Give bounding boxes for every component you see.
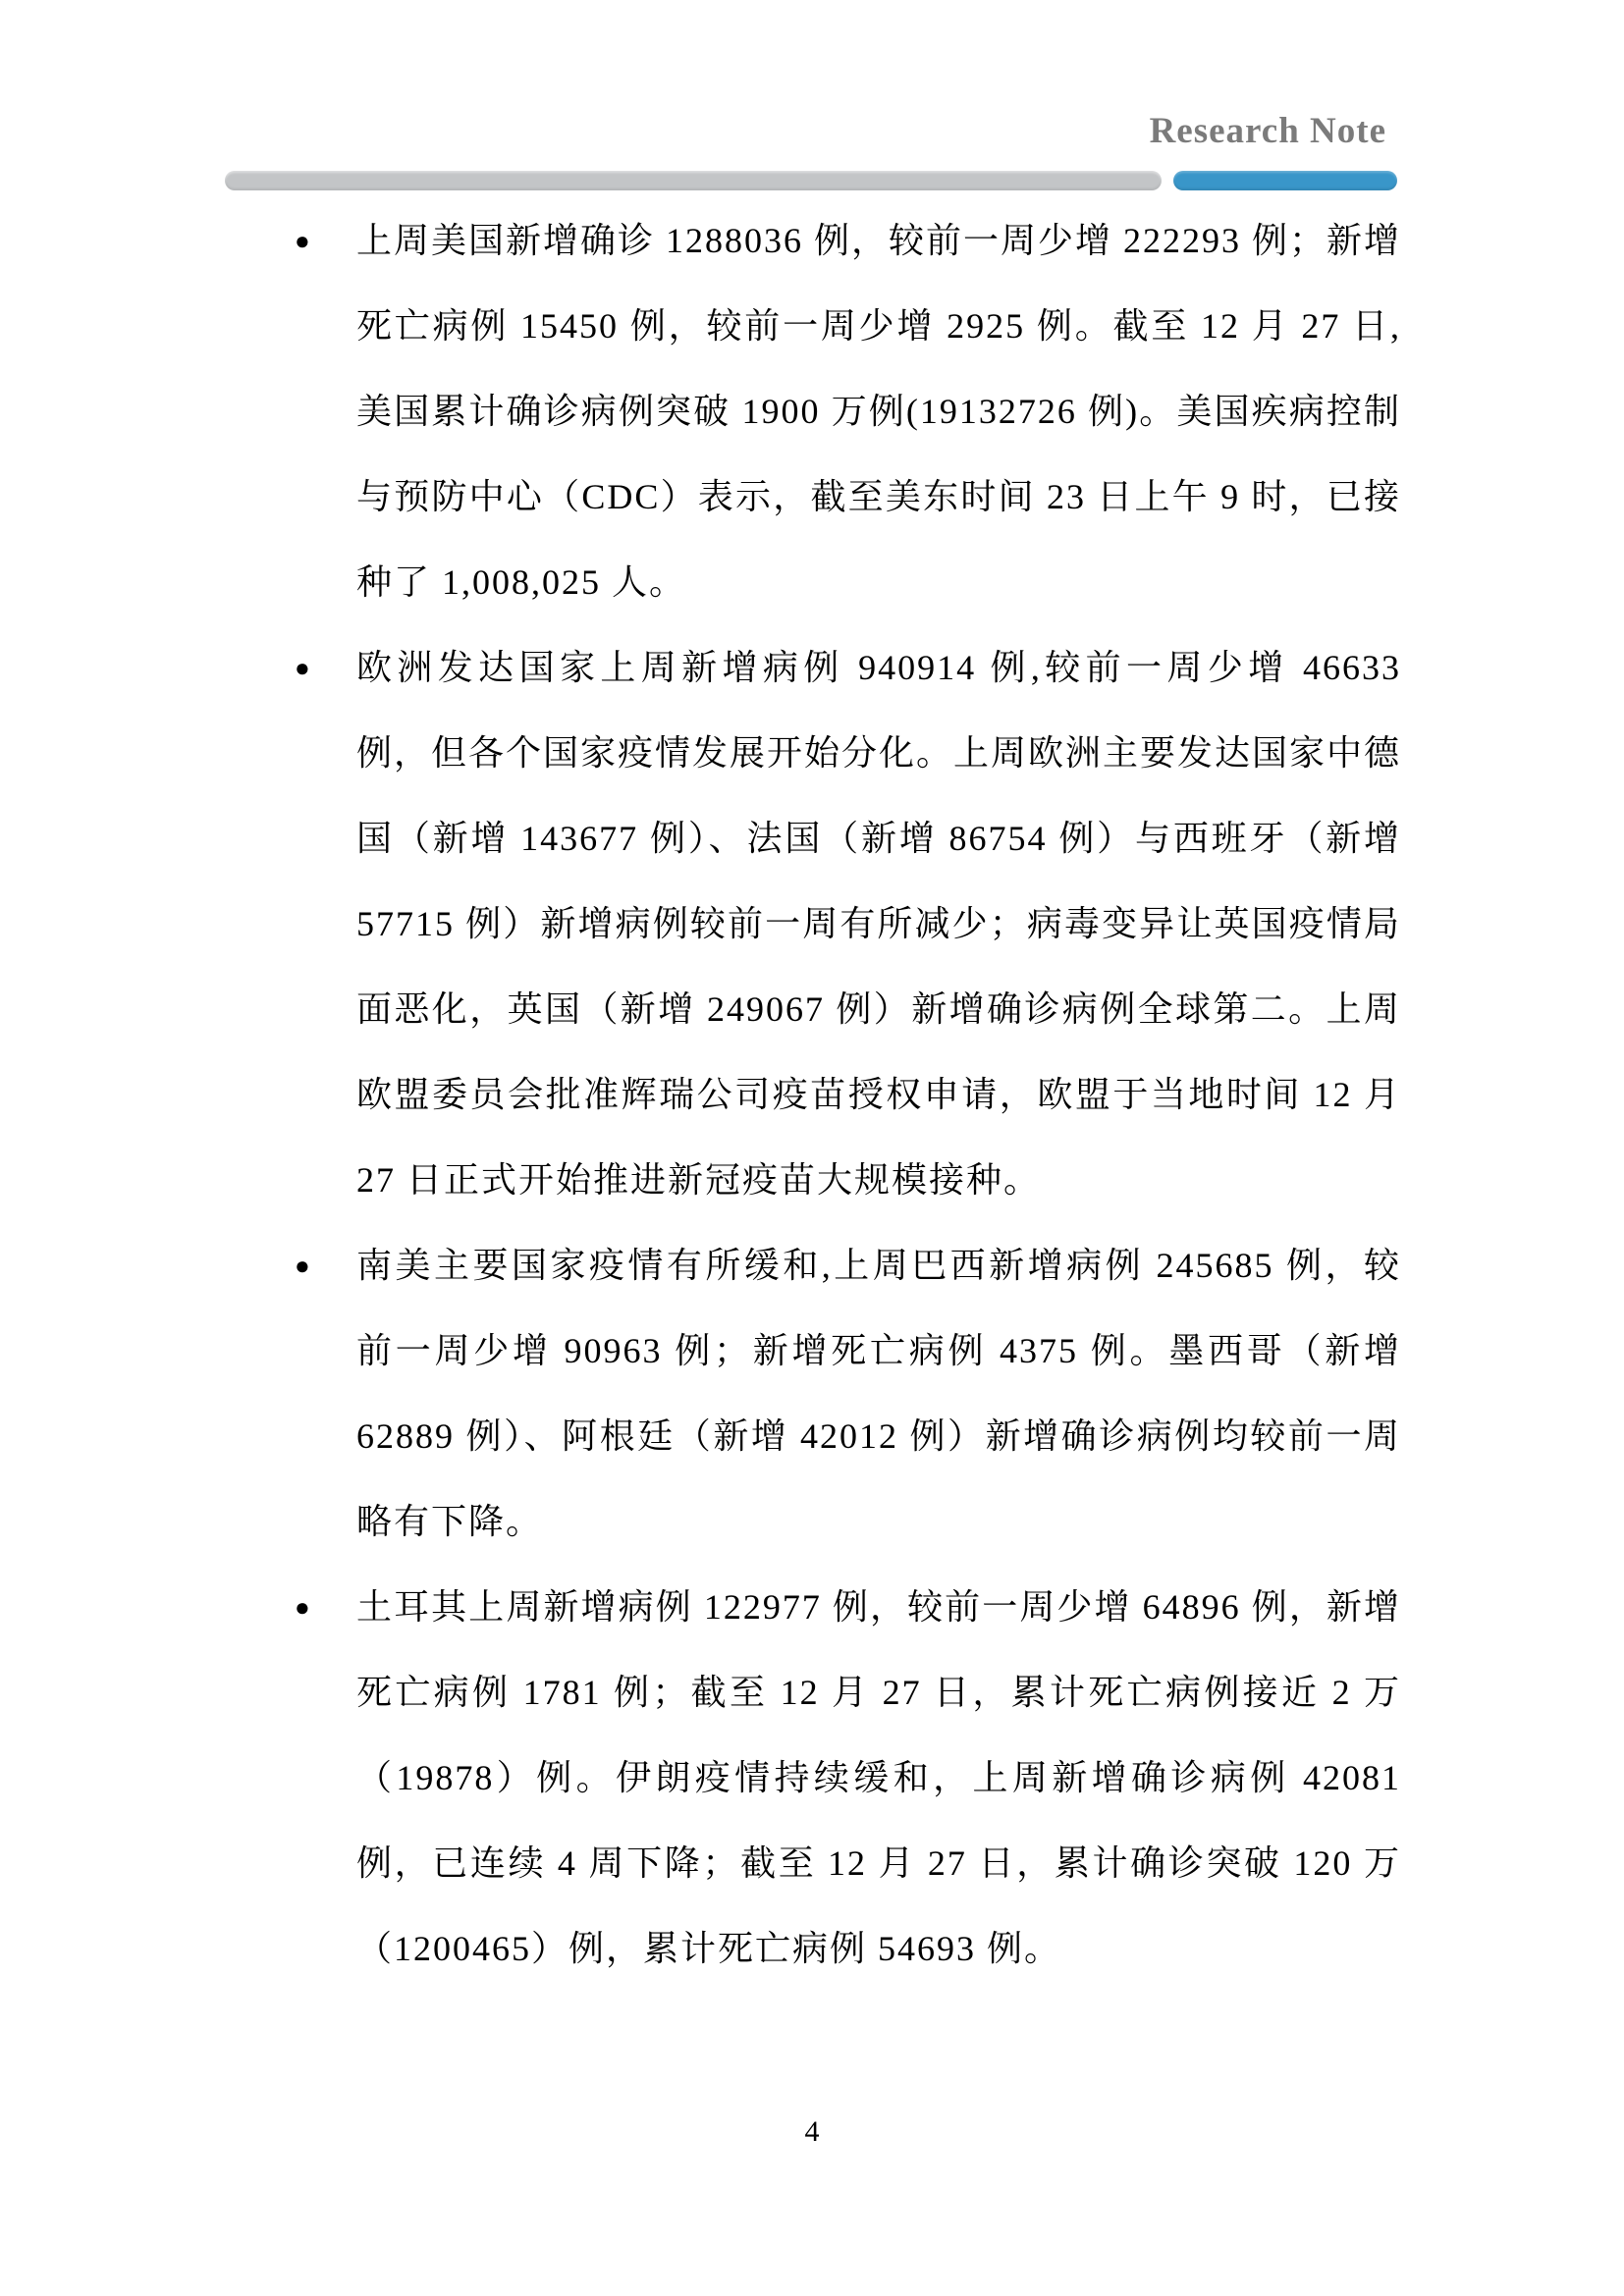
list-item: ● 上周美国新增确诊 1288036 例，较前一周少增 222293 例；新增死… <box>356 198 1401 625</box>
page-header-title: Research Note <box>1150 112 1386 152</box>
bullet-icon: ● <box>295 625 334 711</box>
header-rule-gray <box>225 171 1162 190</box>
document-page: Research Note ● 上周美国新增确诊 1288036 例，较前一周少… <box>0 0 1624 2296</box>
bullet-text: 南美主要国家疫情有所缓和,上周巴西新增病例 245685 例，较前一周少增 90… <box>356 1246 1401 1541</box>
list-item: ● 欧洲发达国家上周新增病例 940914 例,较前一周少增 46633 例，但… <box>356 625 1401 1223</box>
bullet-text: 欧洲发达国家上周新增病例 940914 例,较前一周少增 46633 例，但各个… <box>356 648 1401 1200</box>
header-rule-accent <box>1173 171 1397 190</box>
bullet-icon: ● <box>295 198 334 284</box>
list-item: ● 南美主要国家疫情有所缓和,上周巴西新增病例 245685 例，较前一周少增 … <box>356 1223 1401 1565</box>
bullet-list: ● 上周美国新增确诊 1288036 例，较前一周少增 222293 例；新增死… <box>356 198 1401 1992</box>
bullet-icon: ● <box>295 1223 334 1308</box>
bullet-text: 土耳其上周新增病例 122977 例，较前一周少增 64896 例，新增死亡病例… <box>356 1587 1401 1968</box>
bullet-text: 上周美国新增确诊 1288036 例，较前一周少增 222293 例；新增死亡病… <box>356 221 1401 602</box>
bullet-icon: ● <box>295 1565 334 1650</box>
list-item: ● 土耳其上周新增病例 122977 例，较前一周少增 64896 例，新增死亡… <box>356 1565 1401 1992</box>
page-number: 4 <box>0 2115 1624 2149</box>
